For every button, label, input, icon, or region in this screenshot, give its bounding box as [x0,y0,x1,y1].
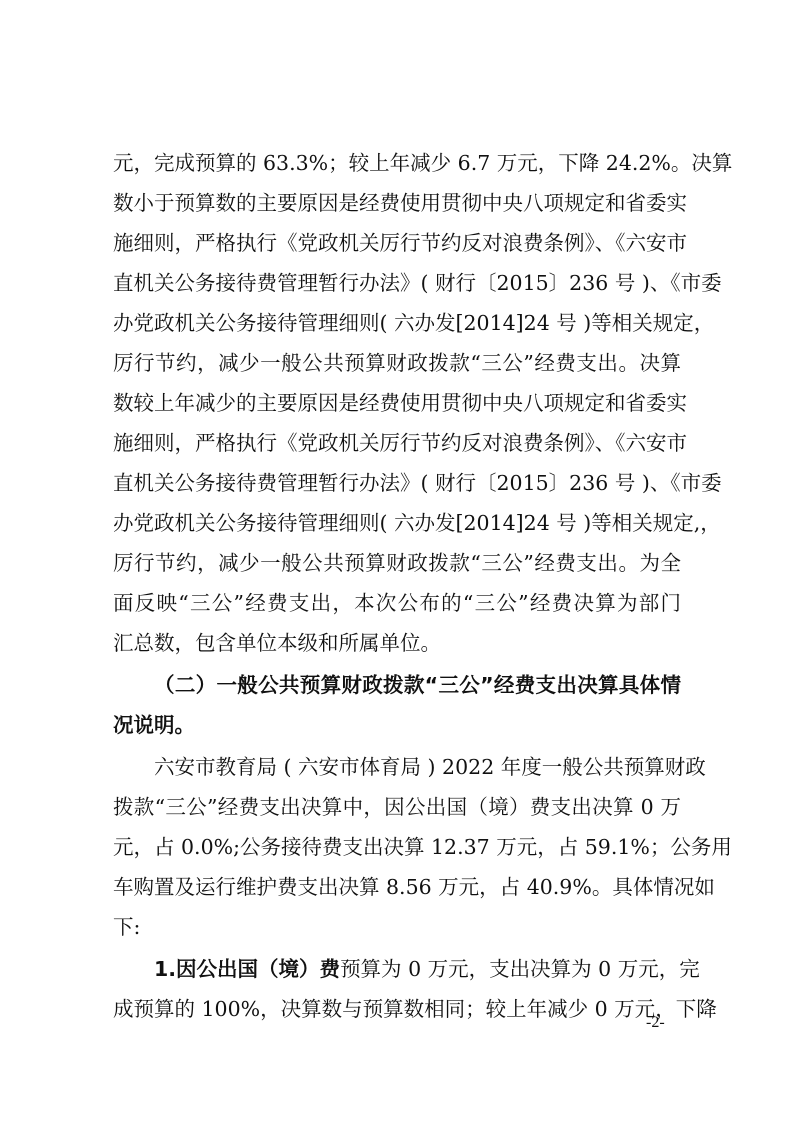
item-text: 预算为 0 万元，支出决算为 0 万元，完 [340,957,700,981]
item-label: 1.因公出国（境）费 [154,957,340,981]
paragraph-line: 施细则，严格执行《党政机关厉行节约反对浪费条例》、《六安市 [113,228,681,258]
page-number: -2- [646,1014,665,1032]
paragraph-line: 成预算的 100%，决算数与预算数相同；较上年减少 0 万元，下降 [113,994,681,1024]
paragraph-line: 元，完成预算的 63.3%；较上年减少 6.7 万元，下降 24.2%。决算 [113,148,681,178]
paragraph-line: 厉行节约，减少一般公共预算财政拨款“三公”经费支出。为全 [113,548,681,578]
paragraph-line: 下: [113,912,681,942]
document-page: 元，完成预算的 63.3%；较上年减少 6.7 万元，下降 24.2%。决算 数… [0,0,793,1122]
paragraph-line: 元，占 0.0%;公务接待费支出决算 12.37 万元，占 59.1%；公务用 [113,832,681,862]
paragraph-line: 数小于预算数的主要原因是经费使用贯彻中央八项规定和省委实 [113,188,681,218]
paragraph-line: 办党政机关公务接待管理细则( 六办发[2014]24 号 )等相关规定,， [113,508,681,538]
paragraph-line: 直机关公务接待费管理暂行办法》( 财行〔2015〕236 号 )、《市委 [113,268,681,298]
paragraph-line: 车购置及运行维护费支出决算 8.56 万元，占 40.9%。具体情况如 [113,872,681,902]
paragraph-line: 数较上年减少的主要原因是经费使用贯彻中央八项规定和省委实 [113,388,681,418]
paragraph-line: 办党政机关公务接待管理细则( 六办发[2014]24 号 )等相关规定， [113,308,681,338]
paragraph-line: 汇总数，包含单位本级和所属单位。 [113,628,681,658]
item-line: 1.因公出国（境）费预算为 0 万元，支出决算为 0 万元，完 [154,954,681,984]
paragraph-line: 面反映“三公”经费支出，本次公布的“三公”经费决算为部门 [113,588,681,618]
paragraph-line: 拨款“三公”经费支出决算中，因公出国（境）费支出决算 0 万 [113,792,681,822]
section-heading: （二）一般公共预算财政拨款“三公”经费支出决算具体情 [154,670,681,700]
paragraph-line: 直机关公务接待费管理暂行办法》( 财行〔2015〕236 号 )、《市委 [113,468,681,498]
paragraph-line: 六安市教育局 ( 六安市体育局 ) 2022 年度一般公共预算财政 [154,752,681,782]
paragraph-line: 施细则，严格执行《党政机关厉行节约反对浪费条例》、《六安市 [113,428,681,458]
section-heading: 况说明。 [113,710,681,740]
paragraph-line: 厉行节约，减少一般公共预算财政拨款“三公”经费支出。决算 [113,348,681,378]
